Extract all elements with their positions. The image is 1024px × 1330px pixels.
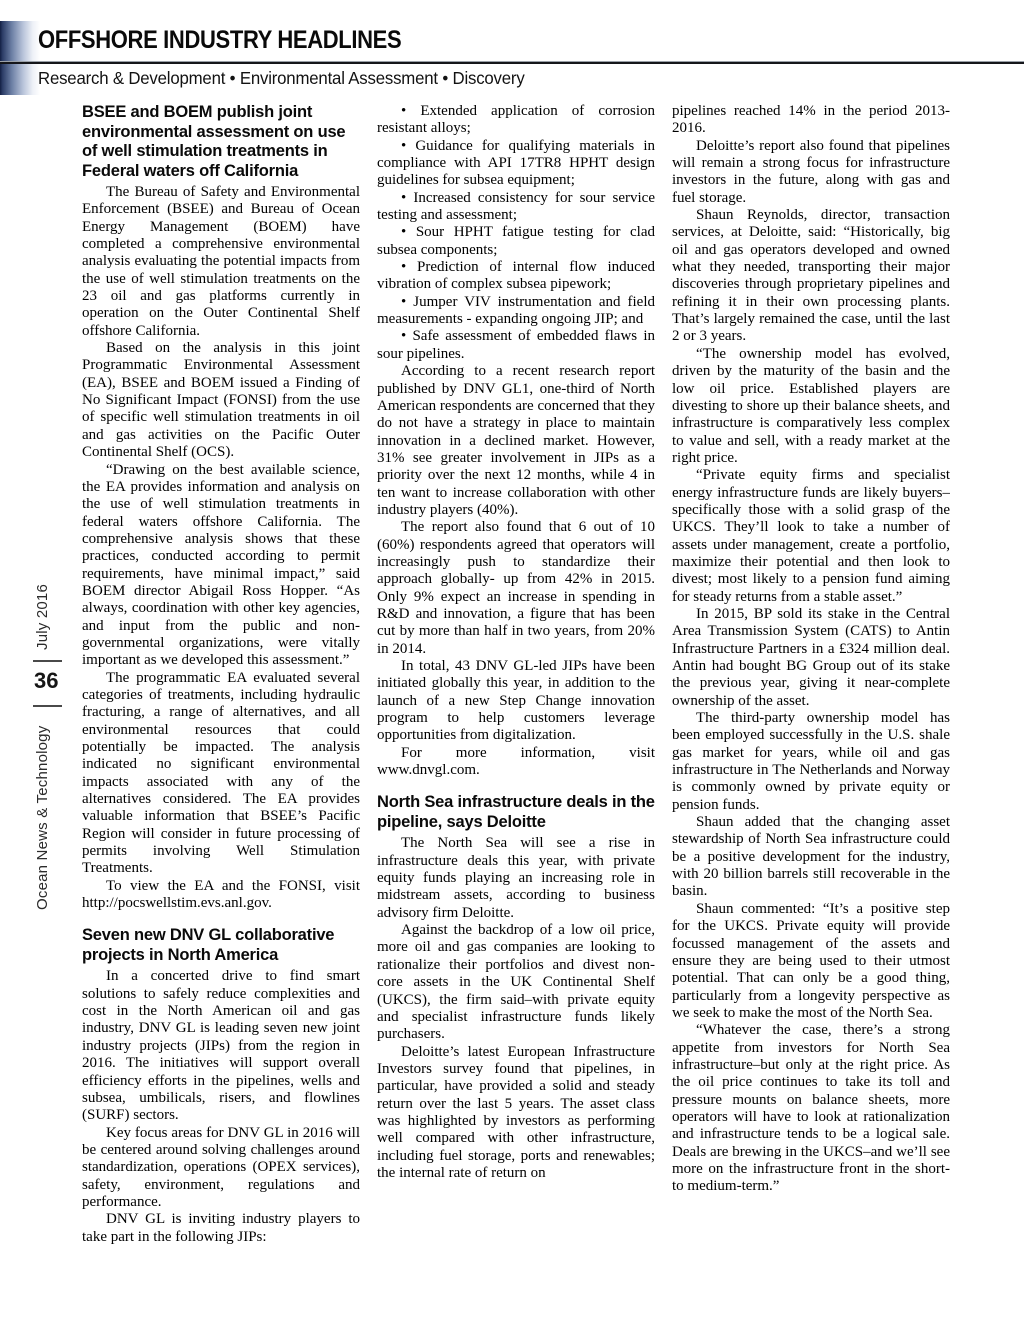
article-heading: BSEE and BOEM publish joint environmenta… xyxy=(82,103,360,181)
section-tags: Research & Development • Environmental A… xyxy=(38,68,525,89)
article-paragraph: To view the EA and the FONSI, visit http… xyxy=(82,878,360,913)
article-paragraph: The North Sea will see a rise in infrast… xyxy=(377,835,655,922)
header-gradient-bar xyxy=(0,21,40,95)
article-paragraph: “The ownership model has evolved, driven… xyxy=(672,346,950,467)
article-paragraph: “Whatever the case, there’s a strong app… xyxy=(672,1022,950,1195)
issue-date-label: July 2016 xyxy=(34,580,51,650)
article-paragraph: Shaun commented: “It’s a positive step f… xyxy=(672,901,950,1022)
article-paragraph: pipelines reached 14% in the period 2013… xyxy=(672,103,950,138)
page-number: 36 xyxy=(34,668,58,694)
article-paragraph: In a concerted drive to find smart solut… xyxy=(82,968,360,1124)
article-paragraph: “Private equity firms and specialist ene… xyxy=(672,467,950,606)
bullet-item: • Guidance for qualifying materials in c… xyxy=(377,138,655,190)
article-paragraph: “Drawing on the best available science, … xyxy=(82,462,360,670)
bullet-item: • Increased consistency for sour service… xyxy=(377,190,655,225)
magazine-page: OFFSHORE INDUSTRY HEADLINES Research & D… xyxy=(0,0,1024,1330)
bullet-item: • Jumper VIV instrumentation and field m… xyxy=(377,294,655,329)
article-paragraph: Key focus areas for DNV GL in 2016 will … xyxy=(82,1125,360,1212)
article-paragraph: According to a recent research report pu… xyxy=(377,363,655,519)
bullet-item: • Safe assessment of embedded flaws in s… xyxy=(377,328,655,363)
publication-name: Ocean News & Technology xyxy=(34,720,51,910)
bullet-item: • Extended application of corrosion resi… xyxy=(377,103,655,138)
article-heading: Seven new DNV GL collaborative projects … xyxy=(82,926,360,965)
article-paragraph: The Bureau of Safety and Environmental E… xyxy=(82,184,360,340)
article-paragraph: For more information, visit www.dnvgl.co… xyxy=(377,745,655,780)
article-column-1: BSEE and BOEM publish joint environmenta… xyxy=(82,103,360,1288)
article-heading: North Sea infrastructure deals in the pi… xyxy=(377,793,655,832)
article-paragraph: The programmatic EA evaluated several ca… xyxy=(82,670,360,878)
article-paragraph: Shaun added that the changing asset stew… xyxy=(672,814,950,901)
article-paragraph: Against the backdrop of a low oil price,… xyxy=(377,922,655,1043)
article-column-3: pipelines reached 14% in the period 2013… xyxy=(672,103,950,1288)
article-paragraph: In total, 43 DNV GL-led JIPs have been i… xyxy=(377,658,655,745)
article-paragraph: Deloitte’s report also found that pipeli… xyxy=(672,138,950,207)
article-paragraph: DNV GL is inviting industry players to t… xyxy=(82,1211,360,1246)
article-paragraph: Based on the analysis in this joint Prog… xyxy=(82,340,360,461)
article-paragraph: Shaun Reynolds, director, transaction se… xyxy=(672,207,950,346)
article-paragraph: In 2015, BP sold its stake in the Centra… xyxy=(672,606,950,710)
sidebar-divider-bottom xyxy=(33,705,62,707)
header-rule xyxy=(0,61,1024,64)
article-column-2: • Extended application of corrosion resi… xyxy=(377,103,655,1288)
bullet-item: • Prediction of internal flow induced vi… xyxy=(377,259,655,294)
article-paragraph: The third-party ownership model has been… xyxy=(672,710,950,814)
article-paragraph: Deloitte’s latest European Infrastructur… xyxy=(377,1044,655,1183)
page-title: OFFSHORE INDUSTRY HEADLINES xyxy=(38,26,401,55)
article-paragraph: The report also found that 6 out of 10 (… xyxy=(377,519,655,658)
sidebar-divider-top xyxy=(33,660,62,662)
bullet-item: • Sour HPHT fatigue testing for clad sub… xyxy=(377,224,655,259)
